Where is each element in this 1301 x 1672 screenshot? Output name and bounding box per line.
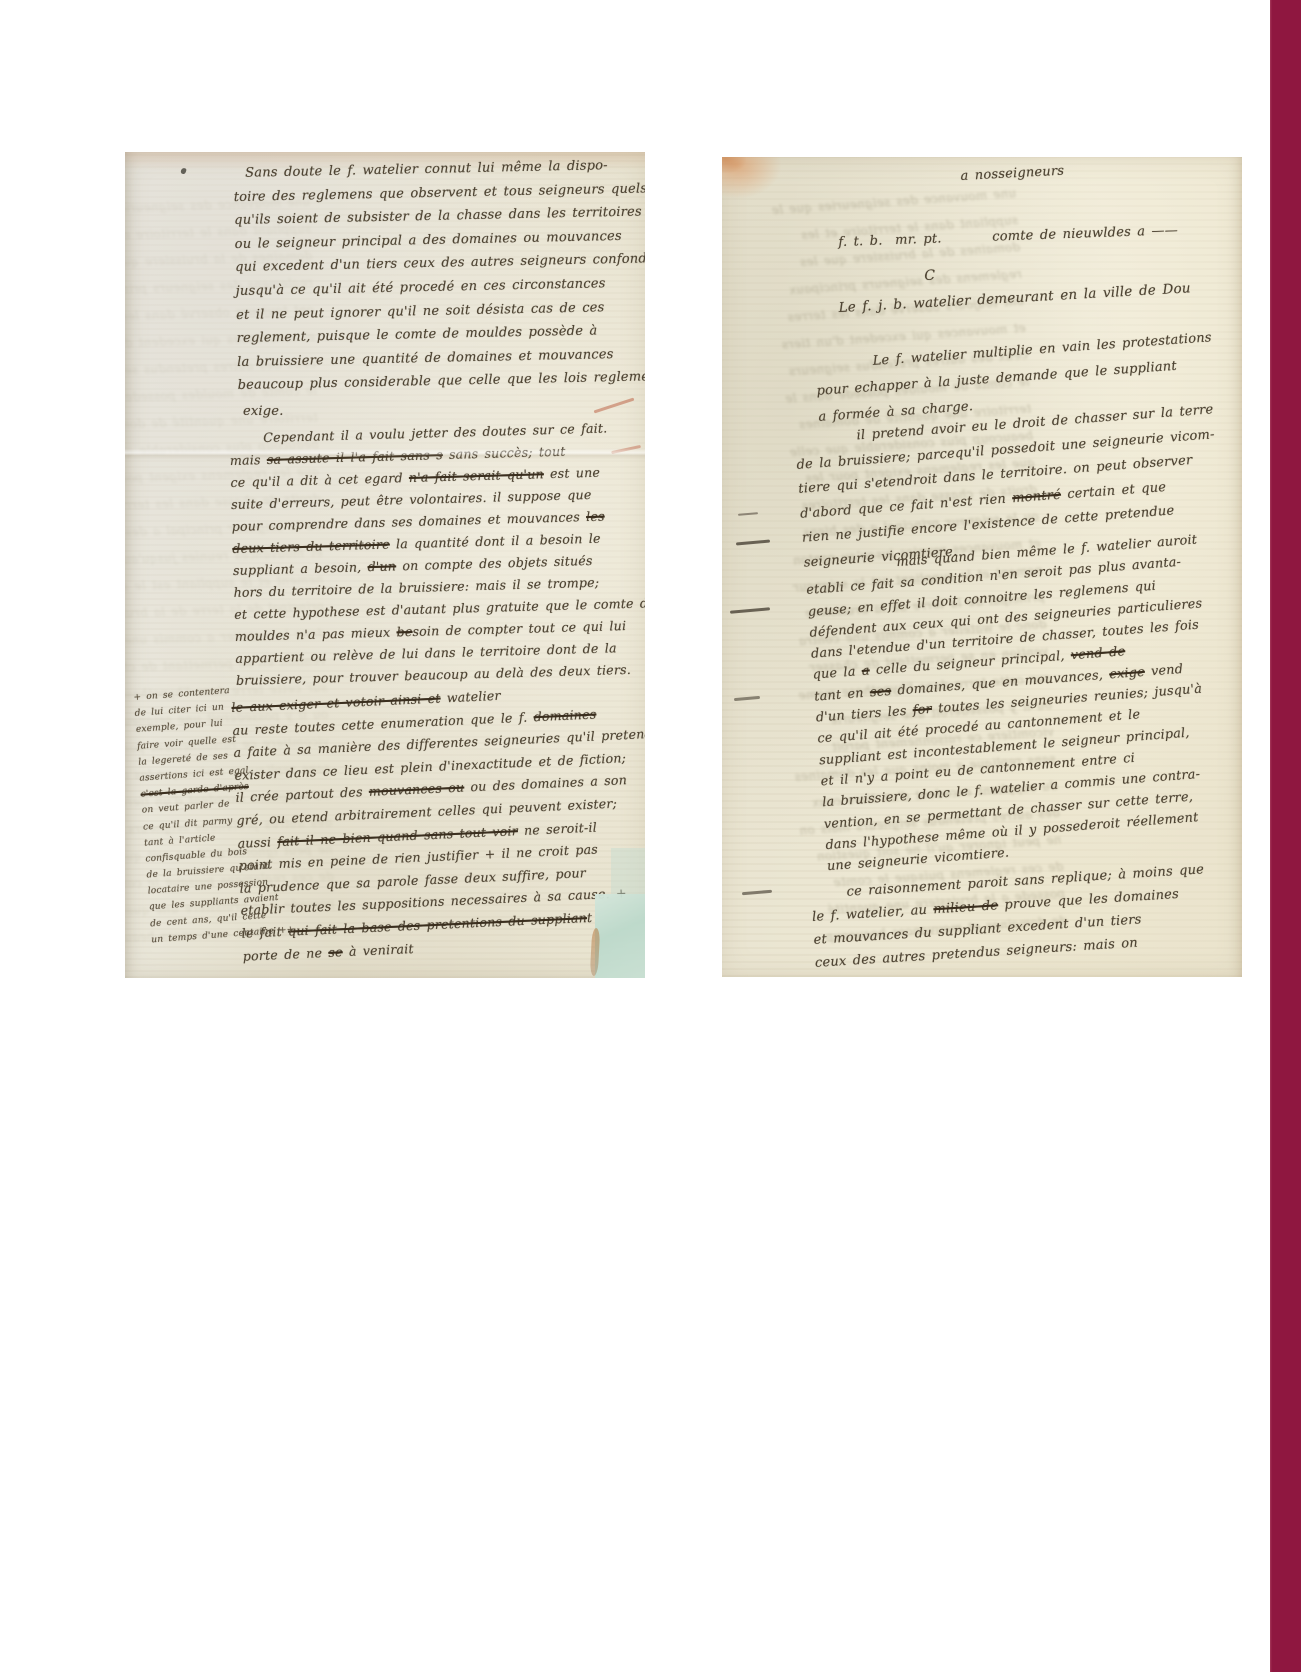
red-ink-mark — [594, 398, 635, 414]
manuscript-paragraph: mais quand bien même le f. watelier auro… — [804, 529, 1221, 877]
manuscript-line: exige. — [243, 400, 284, 423]
ink-speck — [180, 167, 187, 174]
fold-crease — [125, 448, 645, 460]
manuscript-line: exige. — [243, 400, 284, 423]
left-manuscript-page: une mouvance des seigneuries que lesuppl… — [125, 152, 645, 978]
manuscript-line: a nosseigneurs — [960, 160, 1065, 188]
salutation-line: a nosseigneurs — [960, 160, 1065, 188]
margin-note: + on se contenterade lui citer ici unexe… — [133, 679, 295, 948]
manuscript-paragraph: Sans doute le f. watelier connut lui mêm… — [233, 153, 645, 398]
accent-bar — [1270, 0, 1301, 1672]
teal-patch-ghost — [611, 848, 645, 894]
catalog-page: une mouvance des seigneuries que lesuppl… — [0, 0, 1301, 1672]
corner-stain — [722, 157, 746, 173]
right-manuscript-page: une mouvance des seigneuries que lesuppl… — [722, 157, 1242, 977]
manuscript-line: C — [924, 265, 936, 288]
docket-initial: C — [924, 265, 936, 288]
teal-repair-patch — [595, 894, 645, 978]
